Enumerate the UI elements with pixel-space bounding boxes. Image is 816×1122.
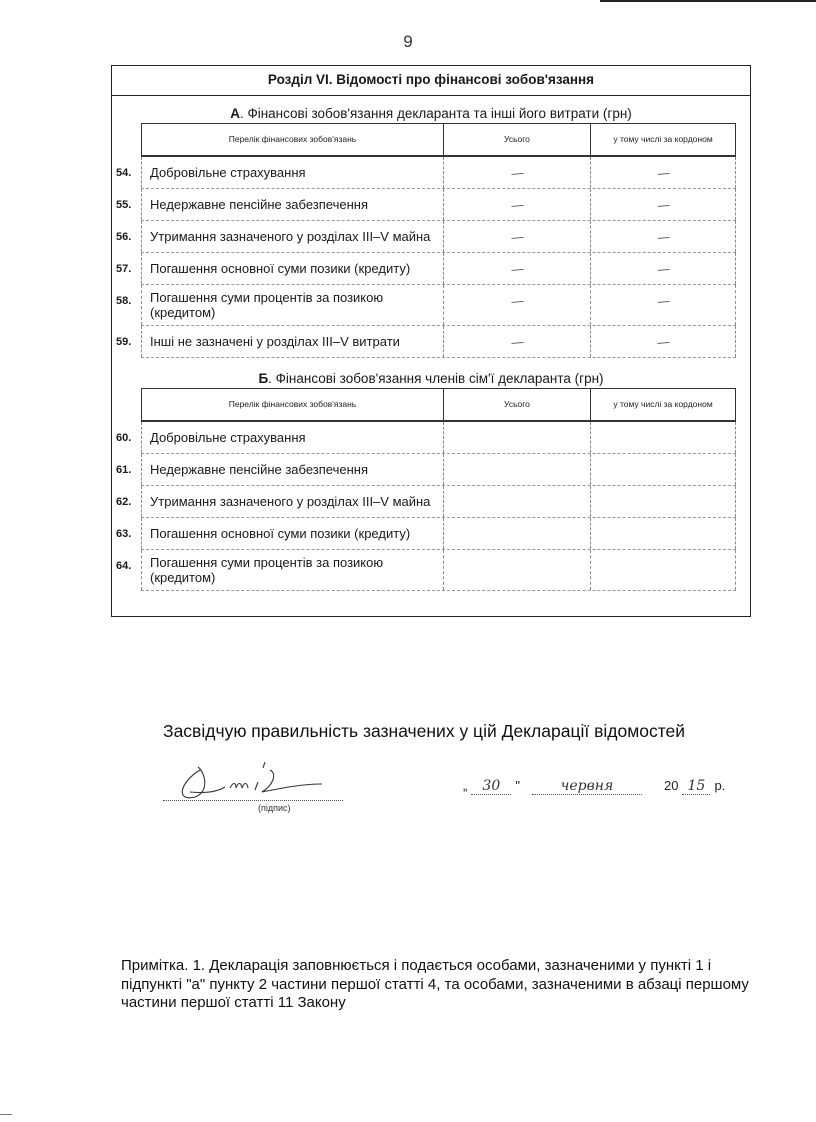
row-number: 58.: [116, 295, 131, 307]
table-row: 55.Недержавне пенсійне забезпечення——: [141, 189, 736, 221]
row-number: 62.: [116, 496, 131, 508]
abroad-cell[interactable]: [591, 486, 736, 517]
row-label: Утримання зазначеного у розділах III–V м…: [141, 486, 444, 517]
part-a-letter: А: [230, 106, 240, 121]
total-cell[interactable]: [444, 550, 591, 590]
row-label: Недержавне пенсійне забезпечення: [141, 189, 444, 220]
abroad-value: —: [657, 294, 669, 309]
total-cell[interactable]: —: [444, 326, 591, 357]
total-cell[interactable]: —: [444, 285, 591, 325]
abroad-cell[interactable]: —: [591, 253, 736, 284]
row-label: Погашення суми процентів за позикою (кре…: [141, 285, 444, 325]
footnote: Примітка. 1. Декларація заповнюється і п…: [121, 957, 761, 1013]
part-b-title-text: . Фінансові зобов'язання членів сім'ї де…: [268, 371, 603, 386]
part-b-letter: Б: [258, 371, 268, 386]
table-row: 59.Інші не зазначені у розділах III–V ви…: [141, 326, 736, 358]
date-open-quote: „: [463, 778, 467, 793]
table-row: 62.Утримання зазначеного у розділах III–…: [141, 486, 736, 518]
row-number: 54.: [116, 167, 131, 179]
total-cell[interactable]: —: [444, 221, 591, 252]
column-header-list: Перелік фінансових зобов'язань: [142, 389, 444, 420]
abroad-cell[interactable]: —: [591, 221, 736, 252]
row-number: 56.: [116, 231, 131, 243]
attestation-text: Засвідчую правильність зазначених у цій …: [163, 721, 685, 742]
total-value: —: [511, 166, 523, 181]
row-number: 60.: [116, 432, 131, 444]
table-row: 54.Добровільне страхування——: [141, 157, 736, 189]
handwritten-signature: [170, 752, 340, 812]
total-cell[interactable]: [444, 422, 591, 453]
total-cell[interactable]: [444, 486, 591, 517]
row-label: Погашення основної суми позики (кредиту): [141, 253, 444, 284]
table-row: 58.Погашення суми процентів за позикою (…: [141, 285, 736, 326]
table-row: 61.Недержавне пенсійне забезпечення: [141, 454, 736, 486]
date-day-field[interactable]: 30: [471, 778, 511, 795]
date-year-unit: р.: [714, 778, 725, 793]
table-row: 60.Добровільне страхування: [141, 422, 736, 454]
total-value: —: [511, 230, 523, 245]
row-number: 61.: [116, 464, 131, 476]
abroad-cell[interactable]: [591, 518, 736, 549]
table-row: 57.Погашення основної суми позики (креди…: [141, 253, 736, 285]
total-cell[interactable]: —: [444, 253, 591, 284]
table-header: Перелік фінансових зобов'язань Усього у …: [141, 388, 736, 422]
table-row: 56.Утримання зазначеного у розділах III–…: [141, 221, 736, 253]
abroad-cell[interactable]: [591, 550, 736, 590]
total-value: —: [511, 335, 523, 350]
total-value: —: [511, 294, 523, 309]
part-a-title: А. Фінансові зобов'язання декларанта та …: [112, 105, 750, 123]
row-label: Утримання зазначеного у розділах III–V м…: [141, 221, 444, 252]
column-header-abroad: у тому числі за кордоном: [591, 389, 735, 420]
row-label: Недержавне пенсійне забезпечення: [141, 454, 444, 485]
page-number: 9: [0, 32, 816, 52]
section-frame: Розділ VI. Відомості про фінансові зобов…: [111, 65, 751, 617]
abroad-cell[interactable]: [591, 422, 736, 453]
part-b-title: Б. Фінансові зобов'язання членів сім'ї д…: [112, 370, 750, 388]
row-number: 55.: [116, 199, 131, 211]
table-row: 63.Погашення основної суми позики (креди…: [141, 518, 736, 550]
total-value: —: [511, 198, 523, 213]
scan-edge-rule: [600, 0, 816, 2]
abroad-cell[interactable]: [591, 454, 736, 485]
date-close-quote: ": [515, 778, 520, 793]
row-label: Добровільне страхування: [141, 157, 444, 188]
total-cell[interactable]: [444, 454, 591, 485]
part-a-table: Перелік фінансових зобов'язань Усього у …: [141, 123, 736, 358]
scan-edge-mark: [0, 1114, 12, 1115]
row-number: 59.: [116, 336, 131, 348]
row-number: 57.: [116, 263, 131, 275]
signature-line: [163, 800, 343, 801]
abroad-cell[interactable]: —: [591, 326, 736, 357]
signature-caption: (підпис): [258, 803, 291, 813]
table-header: Перелік фінансових зобов'язань Усього у …: [141, 123, 736, 157]
column-header-total: Усього: [444, 389, 591, 420]
abroad-value: —: [657, 166, 669, 181]
part-a-title-text: . Фінансові зобов'язання декларанта та і…: [240, 106, 632, 121]
date-block: „ 30 " червня 20 15 р.: [463, 778, 725, 795]
abroad-value: —: [657, 198, 669, 213]
table-row: 64.Погашення суми процентів за позикою (…: [141, 550, 736, 591]
row-label: Інші не зазначені у розділах III–V витра…: [141, 326, 444, 357]
total-value: —: [511, 262, 523, 277]
column-header-total: Усього: [444, 124, 591, 155]
abroad-value: —: [657, 262, 669, 277]
abroad-value: —: [657, 230, 669, 245]
column-header-list: Перелік фінансових зобов'язань: [142, 124, 444, 155]
row-label: Погашення основної суми позики (кредиту): [141, 518, 444, 549]
column-header-abroad: у тому числі за кордоном: [591, 124, 735, 155]
total-cell[interactable]: —: [444, 189, 591, 220]
total-cell[interactable]: —: [444, 157, 591, 188]
date-month-field[interactable]: червня: [532, 778, 642, 795]
row-label: Погашення суми процентів за позикою (кре…: [141, 550, 444, 590]
date-year-field[interactable]: 15: [682, 778, 710, 795]
row-number: 64.: [116, 560, 131, 572]
part-b-table: Перелік фінансових зобов'язань Усього у …: [141, 388, 736, 591]
abroad-cell[interactable]: —: [591, 285, 736, 325]
abroad-cell[interactable]: —: [591, 157, 736, 188]
abroad-value: —: [657, 335, 669, 350]
total-cell[interactable]: [444, 518, 591, 549]
row-label: Добровільне страхування: [141, 422, 444, 453]
abroad-cell[interactable]: —: [591, 189, 736, 220]
row-number: 63.: [116, 528, 131, 540]
date-year-prefix: 20: [664, 778, 678, 793]
section-title: Розділ VI. Відомості про фінансові зобов…: [112, 66, 750, 96]
